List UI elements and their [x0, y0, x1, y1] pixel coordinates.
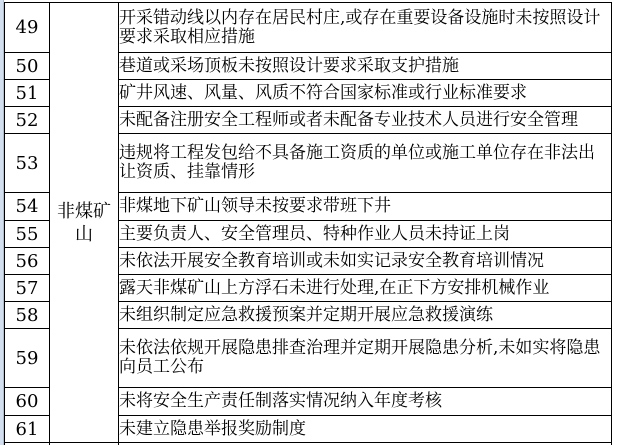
row-description-cell[interactable]: 主要负责人、安全管理员、特种作业人员未持证上岗	[119, 221, 612, 248]
row-description-cell[interactable]: 未依法开展安全教育培训或未如实记录安全教育培训情况	[119, 248, 612, 275]
row-number-cell[interactable]: 60	[5, 388, 50, 416]
row-description-cell[interactable]: 未建立隐患举报奖励制度	[119, 416, 612, 443]
row-description-cell[interactable]: 非煤地下矿山领导未按要求带班下井	[119, 193, 612, 221]
row-number-cell[interactable]: 58	[5, 302, 50, 329]
table-sheet: 49 非煤矿山 开采错动线以内存在居民村庄,或存在重要设备设施时未按照设计要求采…	[4, 2, 612, 445]
row-number-cell[interactable]: 59	[5, 329, 50, 388]
row-description-cell[interactable]: 矿井风速、风量、风质不符合国家标准或行业标准要求	[119, 80, 612, 107]
row-description-cell[interactable]: 违规将工程发包给不具备施工资质的单位或施工单位存在非法出让资质、挂靠情形	[119, 134, 612, 193]
row-number-cell[interactable]: 52	[5, 107, 50, 134]
hazard-table: 49 非煤矿山 开采错动线以内存在居民村庄,或存在重要设备设施时未按照设计要求采…	[4, 2, 612, 445]
row-description-cell[interactable]: 未配备注册安全工程师或者未配备专业技术人员进行安全管理	[119, 107, 612, 134]
table-row: 49 非煤矿山 开采错动线以内存在居民村庄,或存在重要设备设施时未按照设计要求采…	[5, 3, 612, 53]
row-number-cell[interactable]: 54	[5, 193, 50, 221]
row-number-cell[interactable]: 55	[5, 221, 50, 248]
row-description-cell[interactable]: 巷道或采场顶板未按照设计要求采取支护措施	[119, 53, 612, 80]
row-number-cell[interactable]: 49	[5, 3, 50, 53]
row-description-cell[interactable]: 开采错动线以内存在居民村庄,或存在重要设备设施时未按照设计要求采取相应措施	[119, 3, 612, 53]
row-number-cell[interactable]: 53	[5, 134, 50, 193]
row-number-cell[interactable]: 50	[5, 53, 50, 80]
row-number-cell[interactable]: 57	[5, 275, 50, 302]
row-description-cell[interactable]: 露天非煤矿山上方浮石未进行处理,在正下方安排机械作业	[119, 275, 612, 302]
row-description-cell[interactable]: 未将安全生产责任制落实情况纳入年度考核	[119, 388, 612, 416]
row-number-cell[interactable]: 56	[5, 248, 50, 275]
row-number-cell[interactable]: 61	[5, 416, 50, 443]
row-description-cell[interactable]: 未依法依规开展隐患排查治理并定期开展隐患分析,未如实将隐患向员工公布	[119, 329, 612, 388]
row-number-cell[interactable]: 51	[5, 80, 50, 107]
row-description-cell[interactable]: 未组织制定应急救援预案并定期开展应急救援演练	[119, 302, 612, 329]
category-cell[interactable]: 非煤矿山	[50, 3, 119, 443]
